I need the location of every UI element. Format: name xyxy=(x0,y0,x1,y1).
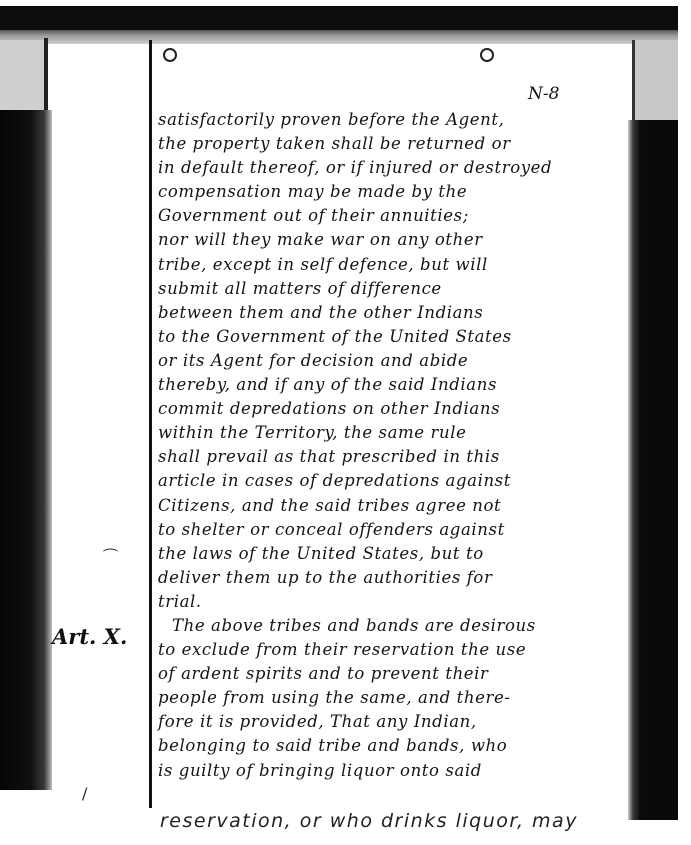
text-line: within the Territory, the same rule xyxy=(158,421,638,445)
text-line: is guilty of bringing liquor onto said xyxy=(158,759,638,783)
text-line: deliver them up to the authorities for xyxy=(158,566,638,590)
stray-mark: / xyxy=(82,784,87,803)
text-line: article in cases of depredations against xyxy=(158,469,638,493)
text-line: to the Government of the United States xyxy=(158,325,638,349)
text-line: thereby, and if any of the said Indians xyxy=(158,373,638,397)
text-line: fore it is provided, That any Indian, xyxy=(158,710,638,734)
text-line: Government out of their annuities; xyxy=(158,204,638,228)
margin-rule xyxy=(149,40,152,808)
text-line: the laws of the United States, but to xyxy=(158,542,638,566)
scan-left-binding xyxy=(0,110,52,790)
scan-top-edge xyxy=(0,30,678,44)
text-line: of ardent spirits and to prevent their xyxy=(158,662,638,686)
scan-top-binding xyxy=(0,6,678,32)
text-line: to exclude from their reservation the us… xyxy=(158,638,638,662)
page-number: N-8 xyxy=(528,84,559,104)
text-line: the property taken shall be returned or xyxy=(158,132,638,156)
text-line: tribe, except in self defence, but will xyxy=(158,253,638,277)
text-line: or its Agent for decision and abide xyxy=(158,349,638,373)
text-line: satisfactorily proven before the Agent, xyxy=(158,108,638,132)
scan-left-strip xyxy=(0,40,45,112)
text-line: people from using the same, and there- xyxy=(158,686,638,710)
stray-mark: ⁀ xyxy=(104,548,117,567)
text-line: submit all matters of difference xyxy=(158,277,638,301)
punch-hole-right xyxy=(480,48,494,62)
text-line: to shelter or conceal offenders against xyxy=(158,518,638,542)
text-line: compensation may be made by the xyxy=(158,180,638,204)
text-line: commit depredations on other Indians xyxy=(158,397,638,421)
handwritten-text-block: satisfactorily proven before the Agent, … xyxy=(158,108,638,783)
punch-hole-left xyxy=(163,48,177,62)
text-line: trial. xyxy=(158,590,638,614)
margin-article-label: Art. X. xyxy=(52,624,127,649)
scan-right-strip xyxy=(632,40,678,120)
text-line: belonging to said tribe and bands, who xyxy=(158,734,638,758)
text-line: between them and the other Indians xyxy=(158,301,638,325)
text-line: in default thereof, or if injured or des… xyxy=(158,156,638,180)
text-line: shall prevail as that prescribed in this xyxy=(158,445,638,469)
text-line: Citizens, and the said tribes agree not xyxy=(158,494,638,518)
handwritten-annotation: reservation, or who drinks liquor, may xyxy=(160,810,578,832)
text-line: nor will they make war on any other xyxy=(158,228,638,252)
text-line: The above tribes and bands are desirous xyxy=(158,614,638,638)
scan-left-rule xyxy=(44,38,48,118)
